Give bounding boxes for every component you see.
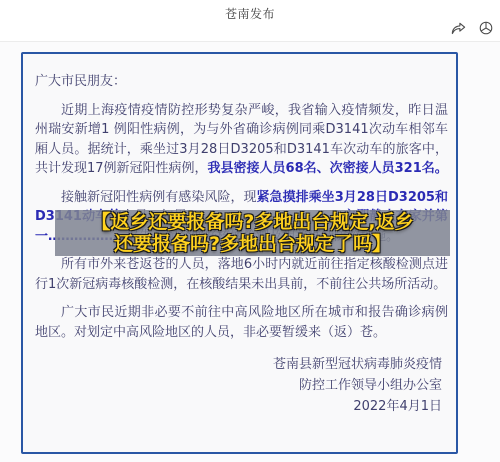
text-segment: 广大市民近期非必要不前往中高风险地区所在城市和报告确诊病例地区。对划定中高风险地… <box>35 305 448 340</box>
article-page: 苍南发布 广大市民朋友： 近期上海疫情疫情防控形势复杂严峻，我省输入疫情频发，昨… <box>0 0 500 462</box>
notice-paragraph: 近期上海疫情疫情防控形势复杂严峻，我省输入疫情频发，昨日温州瑞安新增1 例阳性病… <box>35 101 448 179</box>
signature-line: 防控工作领导小组办公室 <box>35 375 442 396</box>
headline-overlay-banner: 【返乡还要报备吗?多地出台规定,返乡还要报备吗?多地出台规定了吗】 <box>55 210 450 256</box>
share-icon[interactable] <box>451 22 466 35</box>
notice-signature: 苍南县新型冠状病毒肺炎疫情防控工作领导小组办公室2022年4月1日 <box>35 354 448 417</box>
notice-paragraph: 广大市民近期非必要不前往中高风险地区所在城市和报告确诊病例地区。对划定中高风险地… <box>35 303 448 342</box>
headline-text-line: 还要报备吗?多地出台规定了吗】 <box>114 233 391 255</box>
highlighted-text-segment: 我县密接人员68名、次密接人员321名。 <box>208 161 448 176</box>
signature-line: 苍南县新型冠状病毒肺炎疫情 <box>35 354 442 375</box>
article-header: 苍南发布 <box>0 0 500 42</box>
globe-icon[interactable] <box>479 21 493 35</box>
article-body: 广大市民朋友： 近期上海疫情疫情防控形势复杂严峻，我省输入疫情频发，昨日温州瑞安… <box>0 42 500 462</box>
notice-paragraph: 所有市外来苍返苍的人员，落地6小时内就近前往指定核酸检测点进行1次新冠病毒核酸检… <box>35 255 448 294</box>
header-actions <box>451 21 493 35</box>
notice-card: 广大市民朋友： 近期上海疫情疫情防控形势复杂严峻，我省输入疫情频发，昨日温州瑞安… <box>21 52 458 454</box>
text-segment: 所有市外来苍返苍的人员，落地6小时内就近前往指定核酸检测点进行1次新冠病毒核酸检… <box>35 257 448 292</box>
headline-text-line: 【返乡还要报备吗?多地出台规定,返乡 <box>91 211 413 233</box>
source-name: 苍南发布 <box>0 0 500 22</box>
signature-line: 2022年4月1日 <box>35 396 442 417</box>
text-segment: 接触新冠阳性病例有感染风险，现 <box>61 190 257 205</box>
notice-salutation: 广大市民朋友： <box>35 72 448 92</box>
